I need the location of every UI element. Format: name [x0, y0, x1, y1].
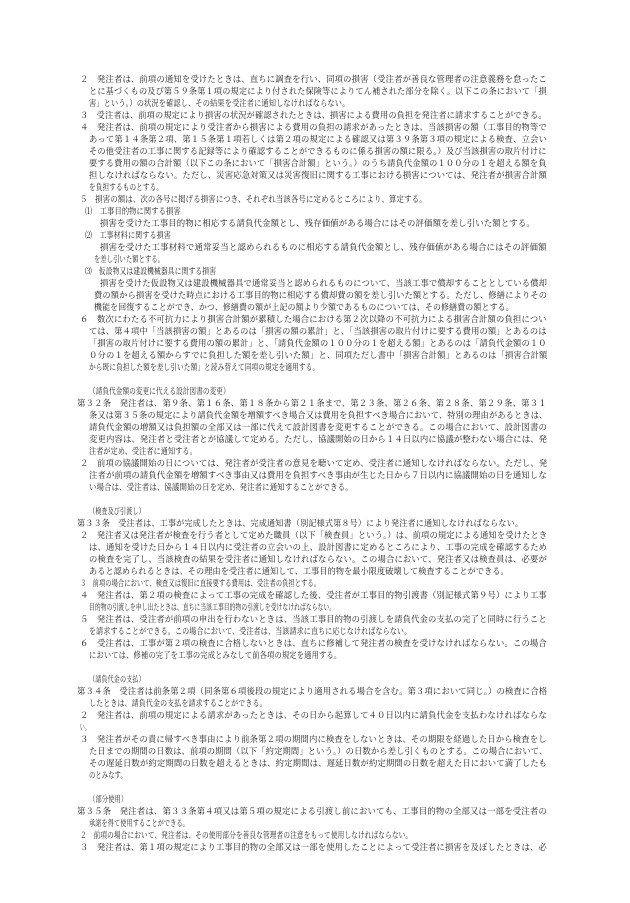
document-line: （検査及び引渡し）: [89, 507, 145, 518]
document-line: 損害を受けた工事材料で通常妥当と認められるものに相応する請負代金額とし、残存価値…: [100, 243, 547, 254]
document-line: あると認められるときは、その理由を受注者に通知して、工事目的物を最小限度破壊して…: [89, 567, 509, 578]
document-line: 第３３条 受注者は、工事が完成したときは、完成通知書（別記様式第８号）により発注…: [77, 519, 523, 530]
document-line: あって第１４条第２項、第１５条第１項若しくは第２項の規定による確認又は第３９条第…: [89, 135, 547, 146]
document-line: 目的物の引渡しを申し出たときは、直ちに当該工事目的物の引渡しを受けなければならな…: [89, 603, 335, 614]
document-page: ２ 発注者は、前項の通知を受けたときは、直ちに調査を行い、同項の損害（受注者が善…: [0, 0, 630, 903]
document-line: た日までの期間の日数は、前項の期間（以下「約定期間」という。）の日数から差し引く…: [89, 747, 547, 758]
document-line: 第３４条 受注者は前条第２項（同条第６項後段の規定により適用される場合を含む。第…: [77, 687, 547, 698]
document-line: 損害を受けた仮設物又は建設機械器具で通常妥当と認められるものについて、当該工事で…: [100, 279, 547, 290]
document-line: い。: [80, 723, 90, 734]
document-line: ２ 発注者は、前項の規定による請求があったときは、その日から起算して４０日以内に…: [80, 711, 547, 722]
document-line: 変更内容は、発注者と受注者とが協議して定める。ただし、協議開始の日から１４日以内…: [89, 435, 547, 446]
document-line: い場合は、受注者は、協議開始の日を定め、発注者に通知することができる。: [89, 483, 353, 494]
document-line: したときは、請負代金の支払を請求することができる。: [89, 699, 267, 710]
document-line: ２ 前項の協議開始の日については、発注者が受注者の意見を聴いて定め、受注者に通知…: [80, 459, 547, 470]
document-line: ３ 発注者がその責に帰すべき事由により前条第２項の期間内に検査をしないときは、そ…: [80, 735, 547, 746]
document-line: 注者が定め、受注者に通知する。: [89, 447, 197, 458]
document-line: のとみなす。: [89, 771, 127, 782]
document-line: ４ 発注者は、第２項の検査によって工事の完成を確認した後、受注者が工事目的物引渡…: [80, 591, 547, 602]
document-line: 承諾を得て使用することができる。: [89, 819, 189, 830]
document-line: ５ 発注者は、受注者が前項の申出を行わないときは、当該工事目的物の引渡しを請負代…: [80, 615, 547, 626]
document-line: を差し引いた額とする。: [94, 255, 164, 266]
document-line: ２ 前項の場合において、発注者は、その使用部分を善良な管理者の注意をもって使用し…: [80, 831, 412, 842]
document-line: 第３２条 発注者は、第９条、第１６条、第１８条から第２１条まで、第２３条、第２６…: [77, 399, 547, 410]
document-line: とに基づくもの及び第５９条第１項の規定により付された保険等によりてん補された部分…: [89, 87, 547, 98]
document-line: （請負代金額の変更に代える設計図書の変更）: [89, 387, 230, 398]
document-line: その他受注者の工事に関する記録等により確認することができるものに係る損害の額に限…: [89, 147, 547, 158]
document-line: においては、修補の完了を工事の完成とみなして前各項の規定を適用する。: [89, 651, 341, 662]
document-line: ４ 発注者は、前項の規定により受注者から損害による費用の負担の請求があったときは…: [80, 123, 547, 134]
document-line: ６ 数次にわたる不可抗力により損害合計額が累積した場合における第２次以降の不可抗…: [80, 315, 547, 326]
document-line: ３ 前項の場合において、検査又は復旧に直接要する費用は、受注者の負担とする。: [80, 579, 320, 590]
document-line: ては、第４項中「当該損害の額」とあるのは「損害の額の累計」と、「当該損害の取片付…: [89, 327, 547, 338]
document-line: から既に負担した額を差し引いた額」と読み替えて同項の規定を適用する。: [89, 363, 319, 374]
document-line: 損害を受けた工事目的物に相応する請負代金額とし、残存価値がある場合にはその評価額…: [100, 219, 535, 230]
document-line: 請負代金額の増額又は負担額の全部又は一部に代えて設計図書を変更することができる。…: [89, 423, 547, 434]
document-line: の検査を完了し、当該検査の結果を受注者に通知しなければならない。この場合において…: [89, 555, 547, 566]
document-line: ６ 受注者は、工事が第２項の検査に合格しないときは、直ちに修補して発注者の検査を…: [80, 639, 547, 650]
document-line: 第３５条 発注者は、第３３条第４項又は第５項の規定による引渡し前においても、工事…: [77, 807, 547, 818]
document-line: 担しなければならない。ただし、災害応急対策又は災害復旧に関する工事における損害に…: [89, 171, 547, 182]
document-line: を負担するものとする。: [89, 183, 163, 194]
document-line: ⑵ 工事材料に関する損害: [85, 231, 171, 242]
document-line: 機能を回復することができ、かつ、修繕費の額が上記の額より少額であるものについては…: [94, 303, 514, 314]
document-line: ３ 受注者は、前項の規定により損害の状況が確認されたときは、損害による費用の負担…: [80, 111, 547, 122]
document-line: ⑶ 仮設物又は建設機械器具に関する損害: [85, 267, 216, 278]
document-line: 「損害の取片付けに要する費用の額の累計」と、「請負代金額の１００分の１を超える額…: [89, 339, 547, 350]
document-line: ３ 発注者は、第１項の規定により工事目的物の全部又は一部を使用したことによって受…: [80, 843, 547, 854]
document-line: ⑴ 工事目的物に関する損害: [85, 207, 181, 218]
document-line: （請負代金の支払）: [89, 675, 145, 686]
document-line: ２ 発注者は、前項の通知を受けたときは、直ちに調査を行い、同項の損害（受注者が善…: [80, 75, 547, 86]
document-line: ５ 損害の額は、次の各号に掲げる損害につき、それぞれ当該各号に定めるところにより…: [80, 195, 427, 206]
document-line: ０分の１を超える額からすでに負担した額を差し引いた額」と、同項ただし書中「損害合…: [89, 351, 547, 362]
document-line: 費の額から損害を受けた時点における工事目的物に相応する償却費の額を差し引いた額と…: [94, 291, 547, 302]
document-line: を請求することができる。この場合において、受注者は、当該請求に直ちに応じなければ…: [89, 627, 411, 638]
document-line: 要する費用の額の合計額（以下この条において「損害合計額」という。）のうち請負代金…: [89, 159, 547, 170]
document-line: その遅延日数が約定期間の日数を超えるときは、約定期間は、遅延日数が約定期間の日数…: [89, 759, 547, 770]
document-line: 注者が前項の請負代金額を増額すべき事由又は費用を負担すべき事由が生じた日から７日…: [89, 471, 547, 482]
document-line: は、通知を受けた日から１４日以内に受注者の立会いの上、設計図書に定めるところによ…: [89, 543, 547, 554]
document-line: ２ 発注者又は発注者が検査を行う者として定めた職員（以下「検査員」という。）は、…: [80, 531, 547, 542]
document-line: 害」という。）の状況を確認し、その結果を受注者に通知しなければならない。: [89, 99, 349, 110]
document-line: 条又は第３５条の規定により請負代金額を増額すべき場合又は費用を負担すべき場合にお…: [89, 411, 547, 422]
document-line: （部分使用）: [89, 795, 127, 806]
